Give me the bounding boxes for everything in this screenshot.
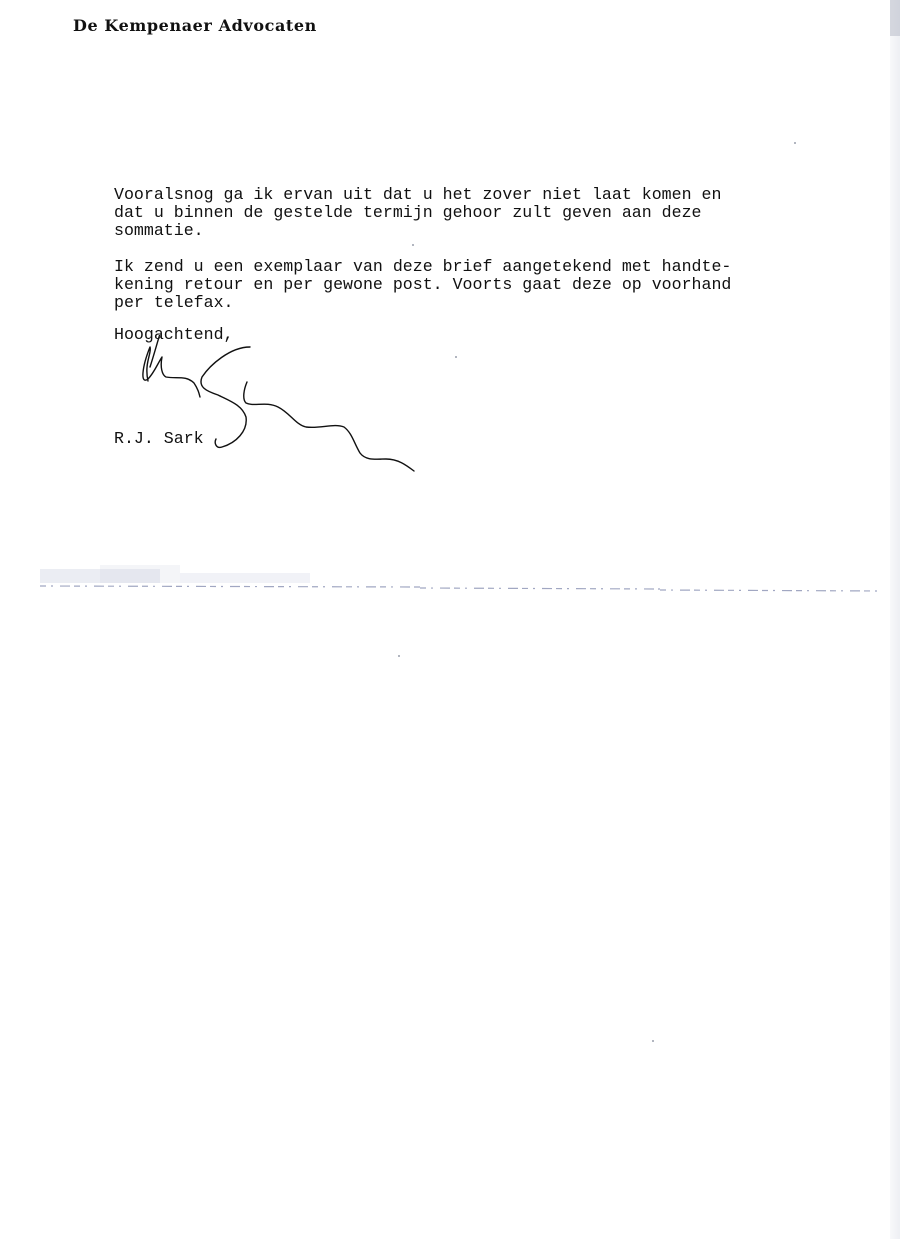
paragraph-line: dat u binnen de gestelde termijn gehoor … [114,203,702,222]
scan-speck [398,655,400,657]
scan-edge-shadow-top [890,0,900,36]
paragraph-1: Vooralsnog ga ik ervan uit dat u het zov… [114,186,721,240]
handwritten-signature [100,335,440,480]
scan-edge-shadow [890,0,900,1239]
paragraph-line: Vooralsnog ga ik ervan uit dat u het zov… [114,185,721,204]
letter-page: De Kempenaer Advocaten Vooralsnog ga ik … [0,0,900,1239]
scan-fold-artifact [40,565,880,595]
paragraph-line: kening retour en per gewone post. Voorts… [114,275,731,294]
scan-speck [412,244,414,246]
paragraph-line: Ik zend u een exemplaar van deze brief a… [114,257,731,276]
scan-speck [455,356,457,358]
letterhead-firm-name: De Kempenaer Advocaten [73,16,317,35]
scan-speck [652,1040,654,1042]
paragraph-line: sommatie. [114,221,204,240]
paragraph-2: Ik zend u een exemplaar van deze brief a… [114,258,731,312]
paragraph-line: per telefax. [114,293,234,312]
scan-speck [794,142,796,144]
